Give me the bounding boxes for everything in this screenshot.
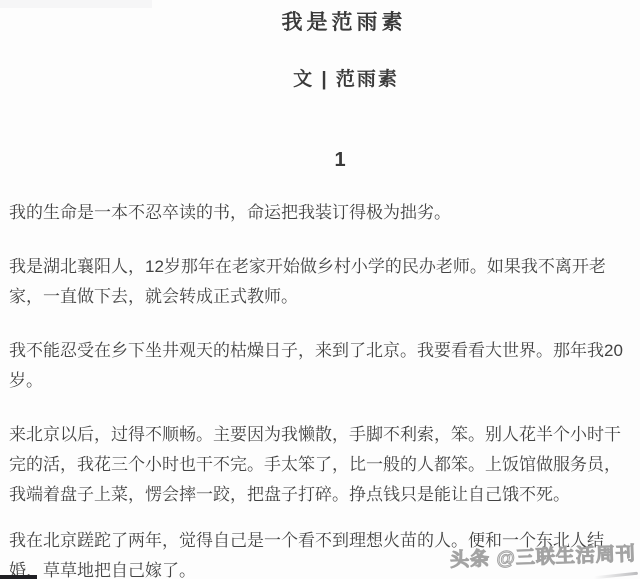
paragraph: 我在北京蹉跎了两年，觉得自己是一个看不到理想火苗的人。便和一个东北人结 婚，草草… [9,526,638,579]
top-edge-artifact [0,0,152,8]
paragraph: 我是湖北襄阳人，12岁那年在老家开始做乡村小学的民办老师。如果我不离开老 家，一… [9,252,638,312]
paragraph: 我的生命是一本不忍卒读的书，命运把我装订得极为拙劣。 [9,198,638,228]
article-body: 我的生命是一本不忍卒读的书，命运把我装订得极为拙劣。我是湖北襄阳人，12岁那年在… [0,198,640,579]
byline: 文 | 范雨素 [26,66,640,94]
page-title: 我是范雨素 [24,8,640,38]
paragraph: 来北京以后，过得不顺畅。主要因为我懒散，手脚不利索，笨。别人花半个小时干 完的活… [9,420,638,510]
paragraph: 我不能忍受在乡下坐井观天的枯燥日子，来到了北京。我要看看大世界。那年我20 岁。 [9,336,638,396]
article-page: { "colors": { "background": "#fdfdfd", "… [0,0,640,579]
bottom-left-bar [0,575,37,579]
section-number: 1 [20,146,640,174]
